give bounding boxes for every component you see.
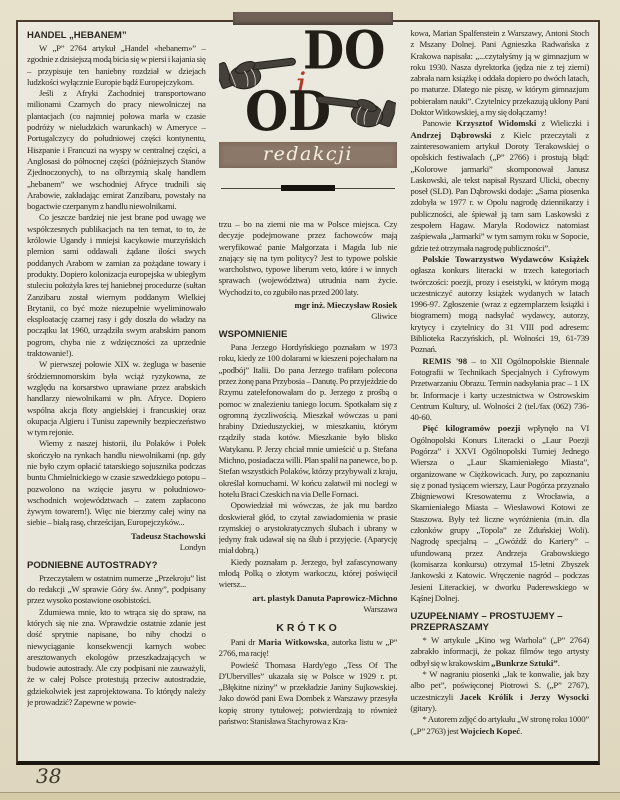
- top-tab-bar: [233, 12, 393, 25]
- section-heading: HANDEL „HEBANEM”: [27, 30, 206, 41]
- paragraph: Kiedy poznałam p. Jerzego, był zafascyno…: [219, 557, 398, 591]
- column-left: HANDEL „HEBANEM”W „P” 2764 artykuł „Hand…: [27, 28, 206, 761]
- paragraph: Wiemy z naszej historii, ilu Polaków i P…: [27, 438, 206, 528]
- paragraph: Pani dr Maria Witkowska, autorka listu w…: [219, 637, 398, 660]
- column-layout: HANDEL „HEBANEM”W „P” 2764 artykuł „Hand…: [18, 22, 598, 761]
- section-heading: WSPOMNIENIE: [219, 329, 398, 340]
- paragraph: Pana Jerzego Hordyńskiego poznałam w 197…: [219, 342, 398, 500]
- paragraph: * W artykule „Kino wg Warhola” („P” 2764…: [410, 635, 589, 669]
- pointing-hand-icon: [310, 81, 397, 137]
- paragraph: REMIS '98 – to XII Ogólnopolskie Biennal…: [410, 356, 589, 424]
- paragraph: * Autorem zdjęć do artykułu „W stronę ro…: [410, 714, 589, 737]
- paragraph: W pierwszej połowie XIX w. żegluga w bas…: [27, 359, 206, 438]
- paragraph: Powieść Thomasa Hardy'ego „Tess Of The D…: [219, 660, 398, 728]
- signature-city: Gliwice: [219, 311, 398, 322]
- paragraph: Pięć kilogramów poezji wpłynęło na VI Og…: [410, 423, 589, 604]
- section-heading: UZUPEŁNIAMY – PROSTUJEMY – PRZEPRASZAMY: [410, 611, 589, 633]
- paragraph: Co jeszcze bardziej nie jest brane pod u…: [27, 212, 206, 359]
- paragraph-continuation: trzu – bo na ziemi nie ma w Polsce miejs…: [219, 219, 398, 298]
- paragraph: * W nagraniu piosenki „Jak te konwalie, …: [410, 669, 589, 714]
- signature-city: Londyn: [27, 542, 206, 553]
- signature-name: Tadeusz Stachowski: [27, 530, 206, 542]
- content-frame: HANDEL „HEBANEM”W „P” 2764 artykuł „Hand…: [16, 20, 600, 765]
- column-right: kowa, Marian Spalfenstein z Warszawy, An…: [410, 28, 589, 761]
- masthead-band-label: redakcji: [263, 149, 353, 160]
- page-number: 38: [36, 764, 61, 788]
- paragraph: Przeczytałem w ostatnim numerze „Przekro…: [27, 573, 206, 607]
- masthead-band: redakcji: [219, 142, 398, 168]
- paragraph: Opowiedział mi wówczas, że jak mu bardzo…: [219, 500, 398, 556]
- paragraph: Polskie Towarzystwo Wydawców Książek ogł…: [410, 254, 589, 356]
- paragraph: Zdumiewa mnie, kto to wtrąca się do spra…: [27, 607, 206, 709]
- column-middle: DO i OD: [219, 28, 398, 761]
- page-bottom-edge: [0, 792, 620, 800]
- paragraph: Jeśli z Afryki Zachodniej transportowano…: [27, 88, 206, 212]
- paragraph: W „P” 2764 artykuł „Handel «hebanem»” – …: [27, 43, 206, 88]
- paragraph: Panowie Krzysztof Widomski z Wieliczki i…: [410, 118, 589, 254]
- signature-city: Warszawa: [219, 604, 398, 615]
- centered-heading: KRÓTKO: [219, 623, 398, 634]
- signature-name: art. plastyk Danuta Paprowicz-Michno: [219, 592, 398, 604]
- masthead-graphic: DO i OD: [219, 28, 398, 216]
- magazine-page: HANDEL „HEBANEM”W „P” 2764 artykuł „Hand…: [0, 0, 620, 800]
- paragraph-continuation: kowa, Marian Spalfenstein z Warszawy, An…: [410, 28, 589, 118]
- signature-name: mgr inż. Mieczysław Rosiek: [219, 299, 398, 311]
- masthead-divider: [221, 188, 396, 189]
- section-heading: PODNIEBNE AUTOSTRADY?: [27, 560, 206, 571]
- masthead-word-do: DO: [303, 28, 385, 78]
